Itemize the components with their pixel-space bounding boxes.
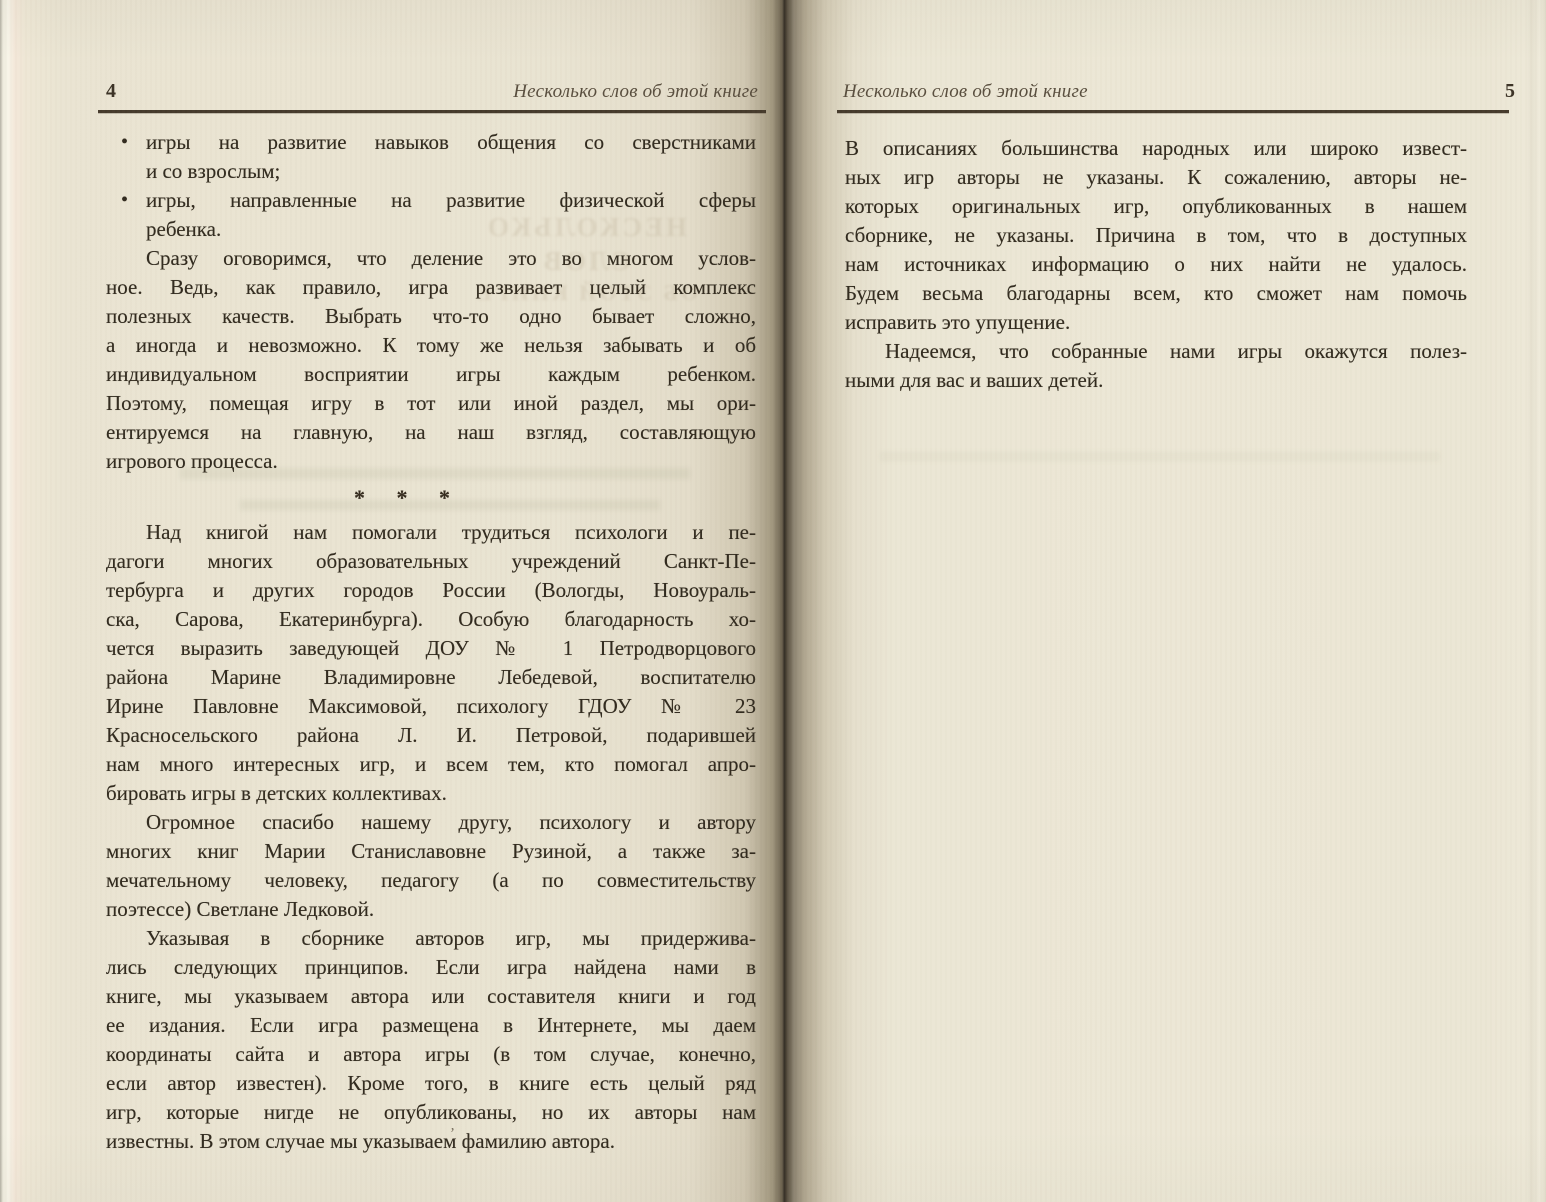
text-line: координаты сайта и автора игры (в том сл… (106, 1040, 756, 1069)
text-line: ее издания. Если игра размещена в Интерн… (106, 1011, 756, 1040)
text-line: игрового процесса. (106, 447, 756, 476)
text-line: лись следующих принципов. Если игра найд… (106, 953, 756, 982)
text-line: дагоги многих образовательных учреждений… (106, 547, 756, 576)
header-rule-right (837, 110, 1509, 113)
bullet-item: •игры, направленные на развитие физическ… (106, 186, 756, 244)
text-line: которых оригинальных игр, опубликованных… (845, 192, 1467, 221)
text-line: ентируемся на главную, на наш взгляд, со… (106, 418, 756, 447)
text-line: тербурга и других городов России (Вологд… (106, 576, 756, 605)
text-line: Надеемся, что собранные нами игры окажут… (845, 337, 1467, 366)
text-line: известны. В этом случае мы указываем фам… (106, 1127, 756, 1156)
text-line: и со взрослым; (146, 157, 756, 186)
paragraph: Над книгой нам помогали трудиться психол… (106, 518, 756, 808)
text-line: Над книгой нам помогали трудиться психол… (106, 518, 756, 547)
bullet-icon: • (121, 128, 128, 157)
stray-mark: ʼ (450, 1126, 455, 1143)
text-line: а иногда и невозможно. К тому же нельзя … (106, 331, 756, 360)
page-number-right: 5 (1505, 80, 1515, 103)
showthrough-smudge (880, 452, 1440, 461)
text-line: поэтессе) Светлане Ледковой. (106, 895, 756, 924)
page-body-left: •игры на развитие навыков общения со све… (106, 128, 756, 1156)
text-line: игр, которые нигде не опубликованы, но и… (106, 1098, 756, 1127)
text-line: индивидуальном восприятии игры каждым ре… (106, 360, 756, 389)
text-line: ска, Сарова, Екатеринбурга). Особую благ… (106, 605, 756, 634)
text-line: Поэтому, помещая игру в тот или иной раз… (106, 389, 756, 418)
paragraph: Огромное спасибо нашему другу, психологу… (106, 808, 756, 924)
text-line: Указывая в сборнике авторов игр, мы прид… (106, 924, 756, 953)
text-line: Огромное спасибо нашему другу, психологу… (106, 808, 756, 837)
text-line: ное. Ведь, как правило, игра развивает ц… (106, 273, 756, 302)
running-header-right: Несколько слов об этой книге 5 (843, 80, 1515, 103)
text-line: исправить это упущение. (845, 308, 1467, 337)
text-line: чется выразить заведующей ДОУ № 1 Петрод… (106, 634, 756, 663)
text-line: игры, направленные на развитие физическо… (146, 186, 756, 215)
book-scan: НЕСКОЛЬКО СЛОВ ОБ ЭТОЙ КНИГЕ 4 Несколько… (0, 0, 1546, 1202)
bullet-item: •игры на развитие навыков общения со све… (106, 128, 756, 186)
page-left: НЕСКОЛЬКО СЛОВ ОБ ЭТОЙ КНИГЕ 4 Несколько… (0, 0, 784, 1202)
text-line: ными для вас и ваших детей. (845, 366, 1467, 395)
running-title-left: Несколько слов об этой книге (513, 81, 758, 103)
section-separator: * * * (106, 476, 756, 518)
text-line: мечательному человеку, педагогу (а по со… (106, 866, 756, 895)
page-body-right: В описаниях большинства народных или шир… (845, 134, 1467, 395)
scan-right-edge (1526, 0, 1546, 1202)
text-line: сборнике, не указаны. Причина в том, что… (845, 221, 1467, 250)
text-line: бировать игры в детских коллективах. (106, 779, 756, 808)
text-line: района Марине Владимировне Лебедевой, во… (106, 663, 756, 692)
text-line: полезных качеств. Выбрать что-то одно бы… (106, 302, 756, 331)
text-line: ных игр авторы не указаны. К сожалению, … (845, 163, 1467, 192)
text-line: если автор известен). Кроме того, в книг… (106, 1069, 756, 1098)
page-right: Несколько слов об этой книге 5 В описани… (784, 0, 1546, 1202)
text-line: Будем весьма благодарны всем, кто сможет… (845, 279, 1467, 308)
paragraph: Сразу оговоримся, что деление это во мно… (106, 244, 756, 476)
text-line: игры на развитие навыков общения со свер… (146, 128, 756, 157)
text-line: Ирине Павловне Максимовой, психологу ГДО… (106, 692, 756, 721)
running-title-right: Несколько слов об этой книге (843, 81, 1088, 103)
text-line: многих книг Марии Станиславовне Рузиной,… (106, 837, 756, 866)
bullet-icon: • (121, 186, 128, 215)
page-number-left: 4 (106, 80, 116, 103)
text-line: В описаниях большинства народных или шир… (845, 134, 1467, 163)
paragraph: Указывая в сборнике авторов игр, мы прид… (106, 924, 756, 1156)
text-line: нам много интересных игр, и всем тем, кт… (106, 750, 756, 779)
text-line: книге, мы указываем автора или составите… (106, 982, 756, 1011)
paragraph: Надеемся, что собранные нами игры окажут… (845, 337, 1467, 395)
header-rule-left (98, 110, 766, 113)
text-line: ребенка. (146, 215, 756, 244)
text-line: нам источниках информацию о них найти не… (845, 250, 1467, 279)
text-line: Сразу оговоримся, что деление это во мно… (106, 244, 756, 273)
running-header-left: 4 Несколько слов об этой книге (106, 80, 758, 103)
paragraph: В описаниях большинства народных или шир… (845, 134, 1467, 337)
text-line: Красносельского района Л. И. Петровой, п… (106, 721, 756, 750)
